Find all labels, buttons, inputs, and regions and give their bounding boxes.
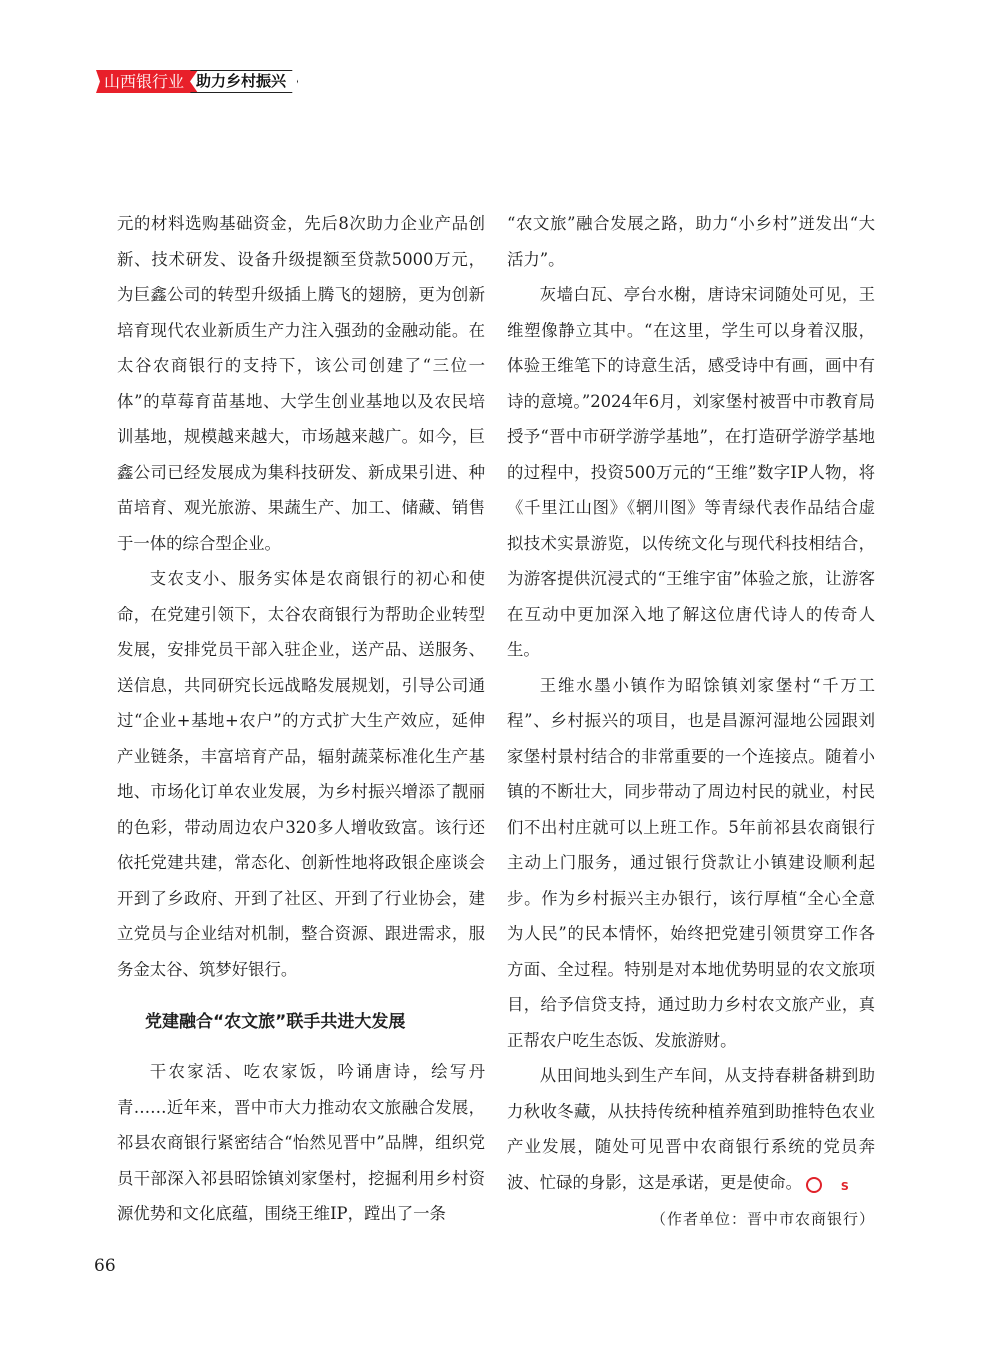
page-number: 66	[94, 1256, 116, 1276]
author-note: （作者单位：晋中市农商银行）	[507, 1202, 875, 1238]
paragraph: 元的材料选购基础资金，先后8次助力企业产品创新、技术研发、设备升级提额至贷款50…	[117, 206, 485, 561]
paragraph: 王维水墨小镇作为昭馀镇刘家堡村“千万工程”、乡村振兴的项目，也是昌源河湿地公园跟…	[507, 668, 875, 1059]
paragraph-text: 从田间地头到生产车间，从支持春耕备耕到助力秋收冬藏，从扶持传统种植养殖到助推特色…	[507, 1066, 875, 1192]
section-heading: 党建融合“农文旅”联手共进大发展	[145, 1005, 485, 1040]
section-header: 山西银行业 助力乡村振兴	[96, 70, 298, 93]
paragraph: 干农家活、吃农家饭，吟诵唐诗，绘写丹青……近年来，晋中市大力推动农文旅融合发展，…	[117, 1054, 485, 1232]
paragraph: 灰墙白瓦、亭台水榭，唐诗宋词随处可见，王维塑像静立其中。“在这里，学生可以身着汉…	[507, 277, 875, 668]
left-column: 元的材料选购基础资金，先后8次助力企业产品创新、技术研发、设备升级提额至贷款50…	[117, 206, 485, 1232]
section-label: 山西银行业	[96, 70, 198, 93]
paragraph: 支农支小、服务实体是农商银行的初心和使命，在党建引领下，太谷农商银行为帮助企业转…	[117, 561, 485, 987]
topic-label: 助力乡村振兴	[190, 70, 298, 93]
right-column: “农文旅”融合发展之路，助力“小乡村”迸发出“大活力”。 灰墙白瓦、亭台水榭，唐…	[507, 206, 875, 1238]
paragraph-final: 从田间地头到生产车间，从支持春耕备耕到助力秋收冬藏，从扶持传统种植养殖到助推特色…	[507, 1058, 875, 1200]
paragraph: “农文旅”融合发展之路，助力“小乡村”迸发出“大活力”。	[507, 206, 875, 277]
end-mark-icon: S	[806, 1177, 822, 1193]
